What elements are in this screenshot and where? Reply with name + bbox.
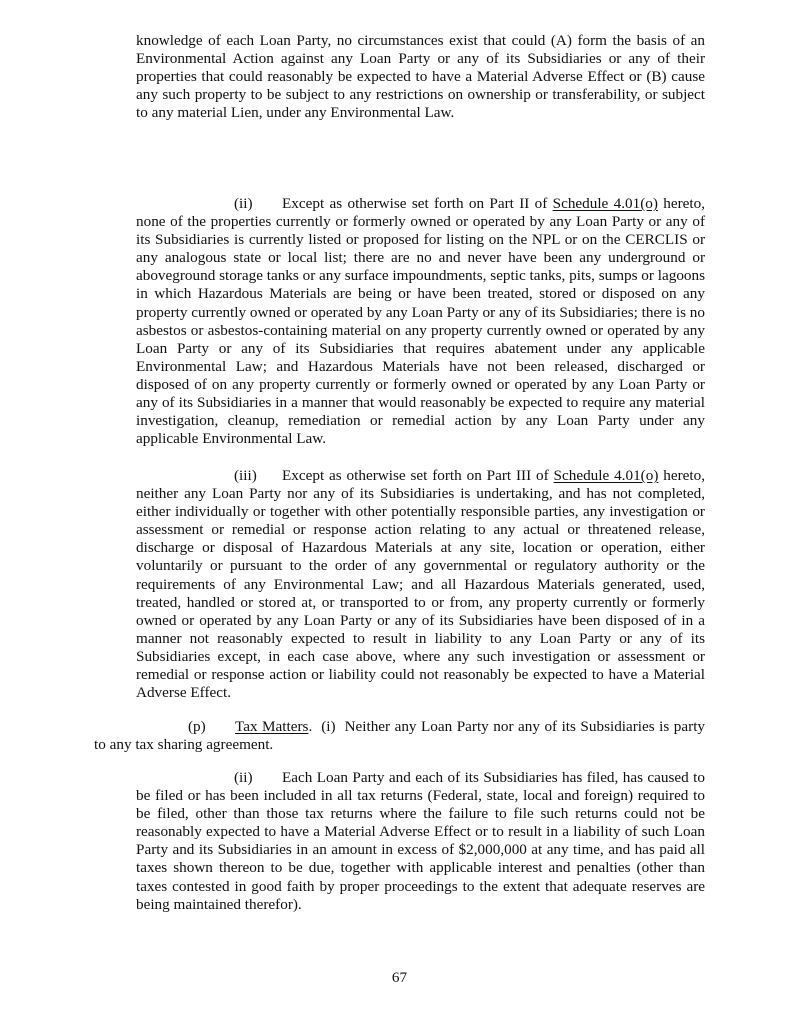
section-p-tax-matters: (p)Tax Matters. (i) Neither any Loan Par… (94, 718, 705, 754)
clause-text: Each Loan Party and each of its Subsidia… (136, 769, 705, 913)
clause-text-post: hereto, neither any Loan Party nor any o… (136, 467, 705, 701)
clause-text-pre: Except as otherwise set forth on Part II… (282, 467, 554, 484)
paragraph-environmental-continuation: knowledge of each Loan Party, no circums… (136, 32, 705, 122)
paragraph-text: knowledge of each Loan Party, no circums… (136, 32, 705, 121)
paragraph-environmental-iii: (iii)Except as otherwise set forth on Pa… (136, 467, 705, 702)
schedule-reference-link: Schedule 4.01(o) (554, 467, 659, 484)
clause-label: (ii) (234, 769, 282, 787)
clause-label: (iii) (234, 467, 282, 485)
clause-text-post: hereto, none of the properties currently… (136, 195, 705, 447)
schedule-reference-link: Schedule 4.01(o) (553, 195, 658, 212)
section-heading: Tax Matters (235, 718, 308, 735)
section-label: (p) (188, 718, 235, 736)
page-number: 67 (0, 969, 799, 987)
paragraph-environmental-ii: (ii)Except as otherwise set forth on Par… (136, 195, 705, 448)
clause-text-pre: Except as otherwise set forth on Part II… (282, 195, 553, 212)
document-page: knowledge of each Loan Party, no circums… (0, 0, 799, 1034)
clause-label: (ii) (234, 195, 282, 213)
paragraph-tax-ii: (ii)Each Loan Party and each of its Subs… (136, 769, 705, 914)
section-text: (i) Neither any Loan Party nor any of it… (94, 718, 709, 753)
